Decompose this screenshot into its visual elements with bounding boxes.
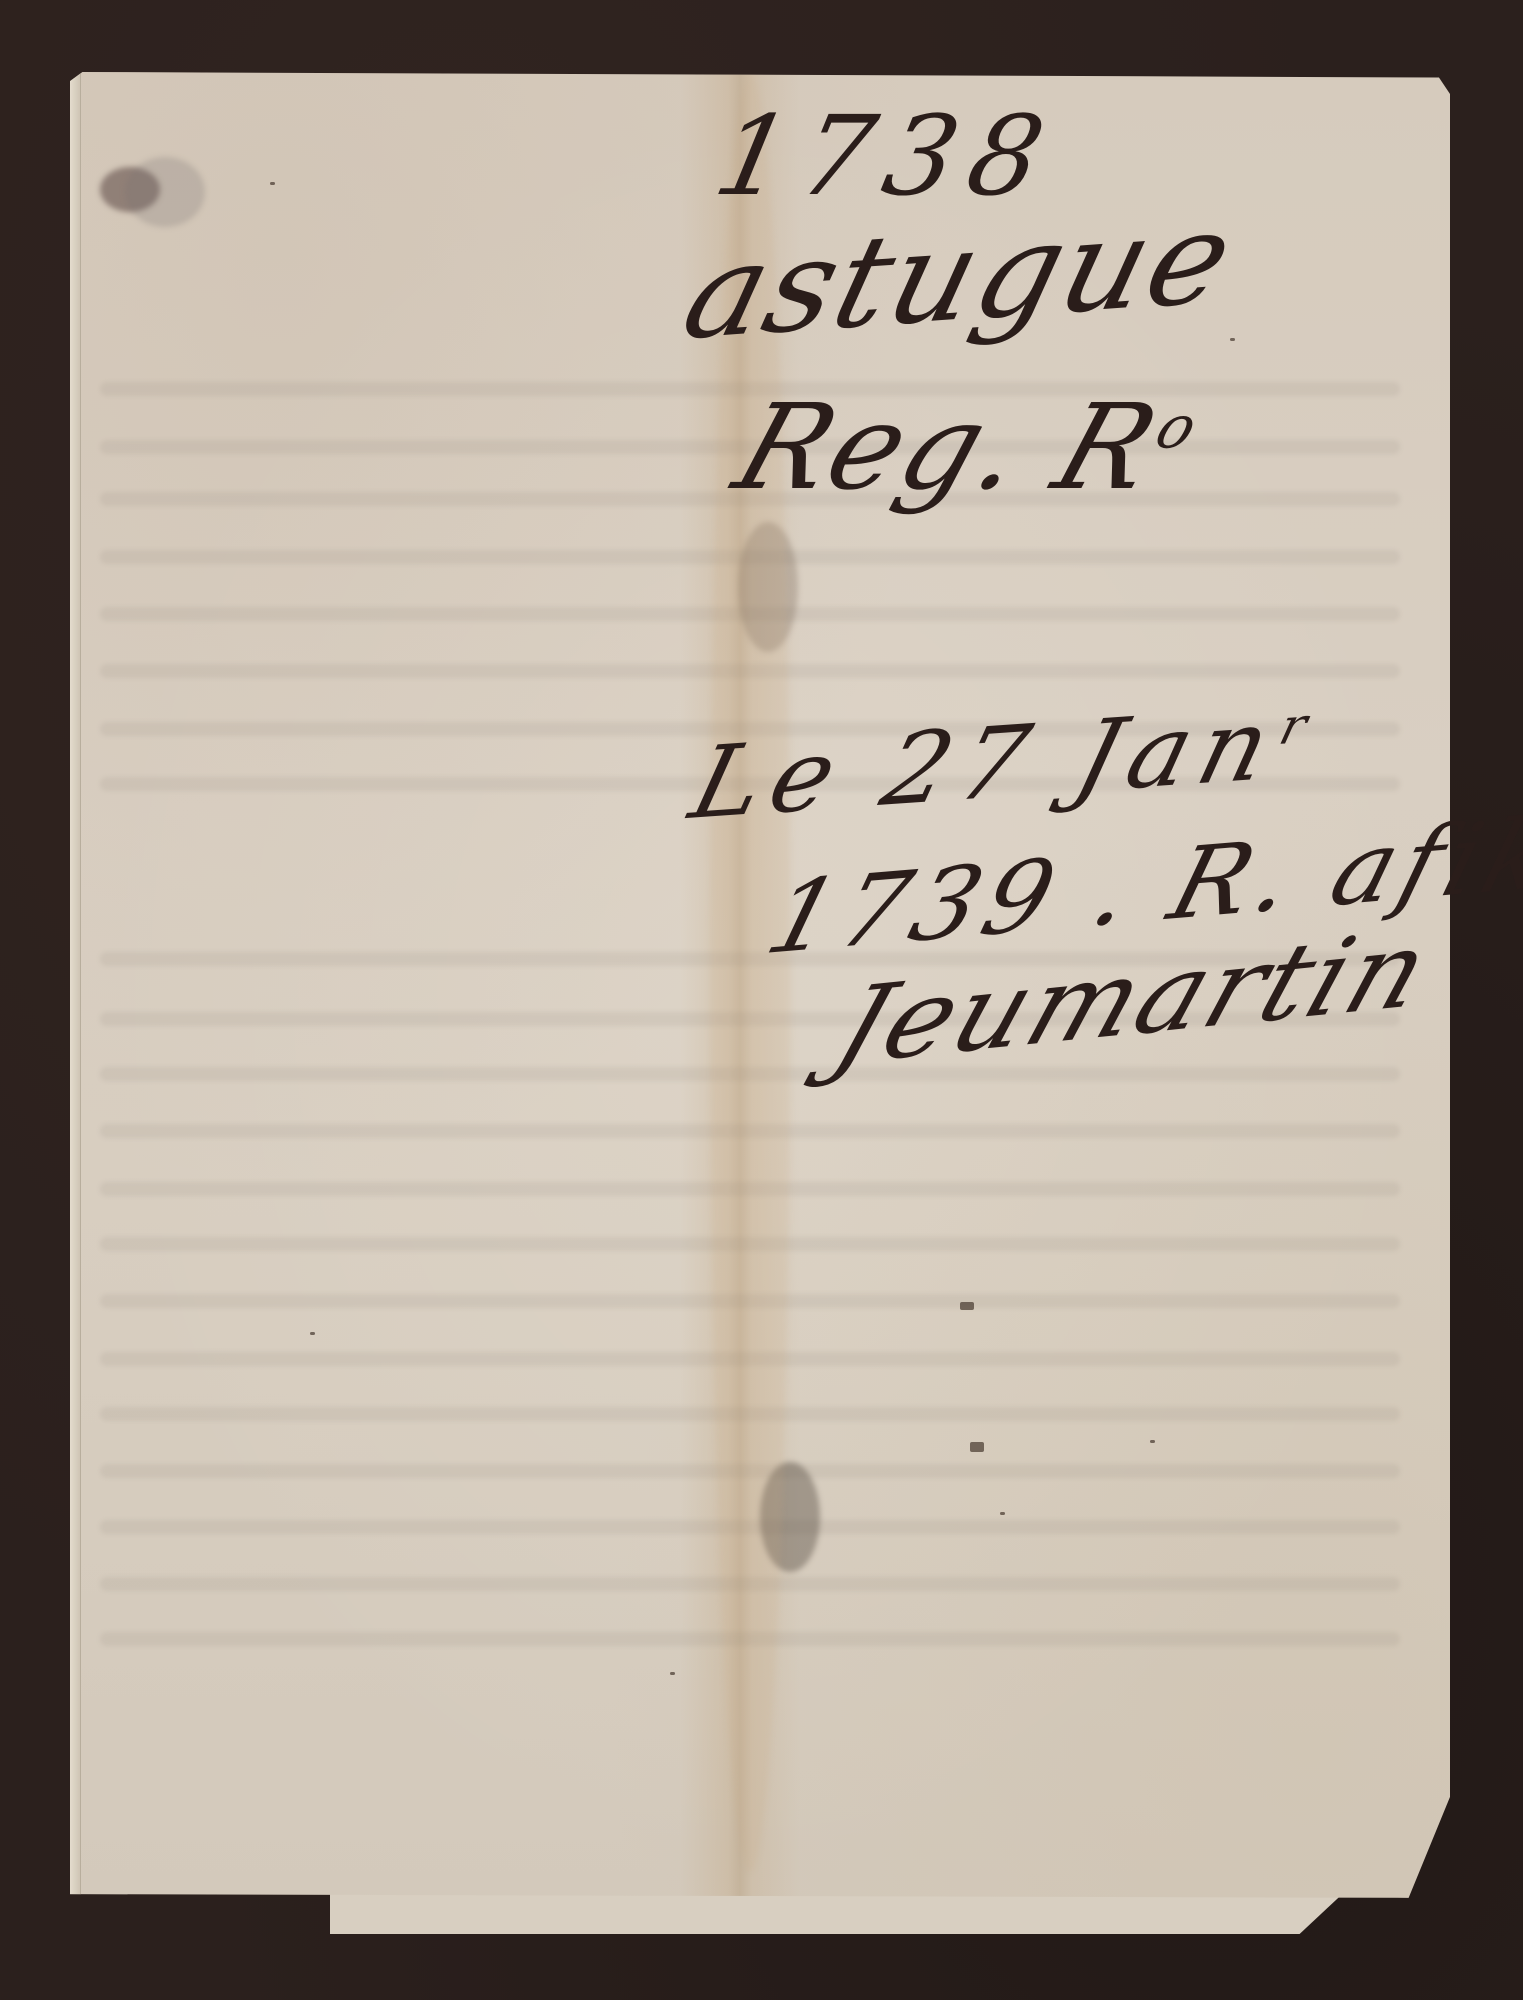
paper-speck [670, 1672, 675, 1675]
paper-speck [310, 1332, 315, 1335]
paper-speck [270, 182, 275, 185]
paper-speck [1150, 1440, 1155, 1443]
handwritten-register-note: Reg. Ro [720, 378, 1212, 516]
paper-speck [1230, 338, 1235, 341]
paper-speck [970, 1442, 984, 1452]
paper-speck [960, 1302, 974, 1310]
register-main: Reg. R [720, 378, 1175, 516]
paper-speck [1000, 1512, 1005, 1515]
sheet-left-edge [70, 72, 81, 1907]
smudge-top-left [125, 157, 205, 227]
